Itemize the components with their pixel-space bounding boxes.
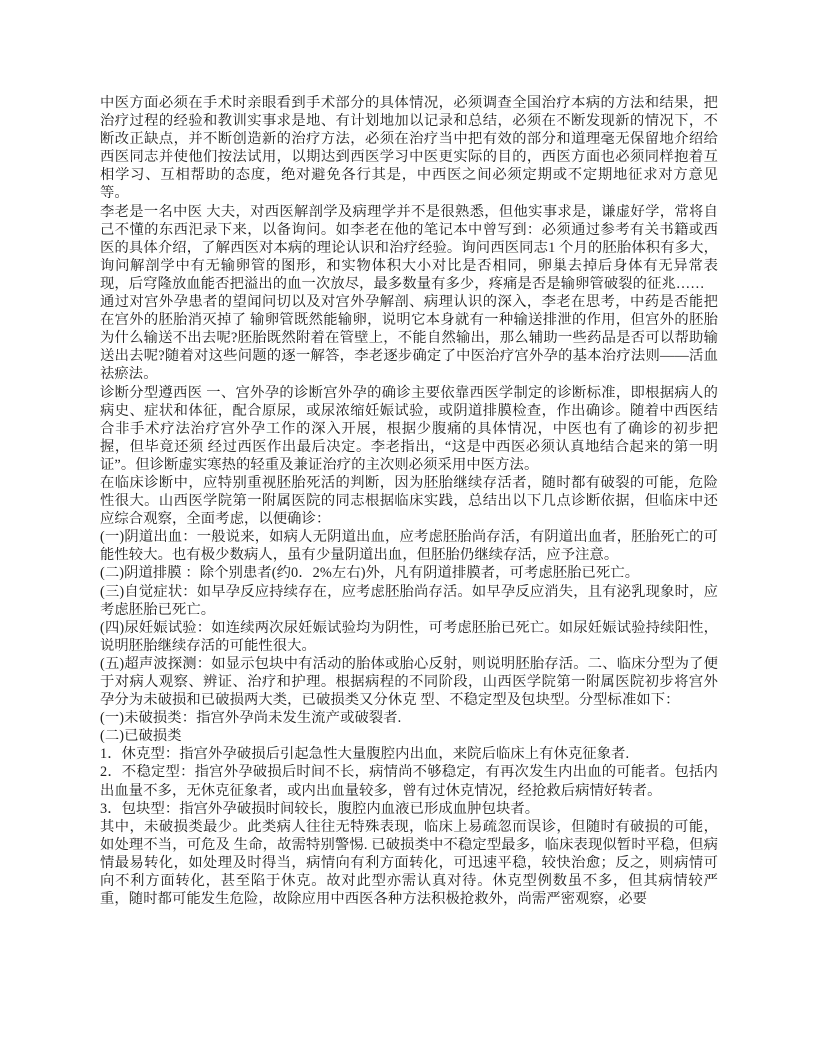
- list-item-shock-type: 1．休克型：指宫外孕破损后引起急性大量腹腔内出血，来院后临床上有休克征象者.: [100, 745, 718, 763]
- list-item-4-urine-pregnancy-test: (四)尿妊娠试验：如连续两次尿妊娠试验均为阴性，可考虑胚胎已死亡。如尿妊娠试验持…: [100, 619, 718, 655]
- paragraph-intro-cooperation: 中医方面必须在手术时亲眼看到手术部分的具体情况，必须调查全国治疗本病的方法和结果…: [100, 94, 718, 203]
- document-body: 中医方面必须在手术时亲眼看到手术部分的具体情况，必须调查全国治疗本病的方法和结果…: [100, 94, 718, 908]
- document-page: 中医方面必须在手术时亲眼看到手术部分的具体情况，必须调查全国治疗本病的方法和结果…: [0, 0, 816, 1056]
- paragraph-li-lao-notes: 李老是一名中医 大夫，对西医解剖学及病理学并不是很熟悉，但他实事求是，谦虚好学，…: [100, 203, 718, 293]
- paragraph-treatment-principle: 通过对宫外孕患者的望闻问切以及对宫外孕解剖、病理认识的深入，李老在思考，中药是否…: [100, 293, 718, 383]
- list-item-mass-type: 3．包块型：指宫外孕破损时间较长，腹腔内血液已形成血肿包块者。: [100, 800, 718, 818]
- list-item-unruptured-type: (一)未破损类：指宫外孕尚未发生流产或破裂者.: [100, 709, 718, 727]
- list-item-1-vaginal-bleeding: (一)阴道出血：一般说来，如病人无阴道出血，应考虑胚胎尚存活，有阴道出血者，胚胎…: [100, 528, 718, 564]
- list-item-5-ultrasound: (五)超声波探测：如显示包块中有活动的胎体或胎心反射，则说明胚胎存活。二、临床分…: [100, 655, 718, 709]
- list-item-unstable-type: 2．不稳定型：指宫外孕破损后时间不长，病情尚不够稳定，有再次发生内出血的可能者。…: [100, 763, 718, 799]
- list-item-3-subjective-symptoms: (三)自觉症状：如早孕反应持续存在，应考虑胚胎尚存活。如早孕反应消失，且有泌乳现…: [100, 583, 718, 619]
- list-item-ruptured-type: (二)已破损类: [100, 727, 718, 745]
- paragraph-clinical-judgment: 在临床诊断中，应特别重视胚胎死活的判断，因为胚胎继续存活者，随时都有破裂的可能，…: [100, 474, 718, 528]
- paragraph-diagnosis-western: 诊断分型遵西医 一、宫外孕的诊断宫外孕的确诊主要依靠西医学制定的诊断标准，即根据…: [100, 384, 718, 474]
- paragraph-type-summary: 其中，未破损类最少。此类病人往往无特殊表现，临床上易疏忽而误诊，但随时有破损的可…: [100, 818, 718, 908]
- list-item-2-membrane-discharge: (二)阴道排膜 ：除个别患者(约0．2%左右)外，凡有阴道排膜者，可考虑胚胎已死…: [100, 564, 718, 582]
